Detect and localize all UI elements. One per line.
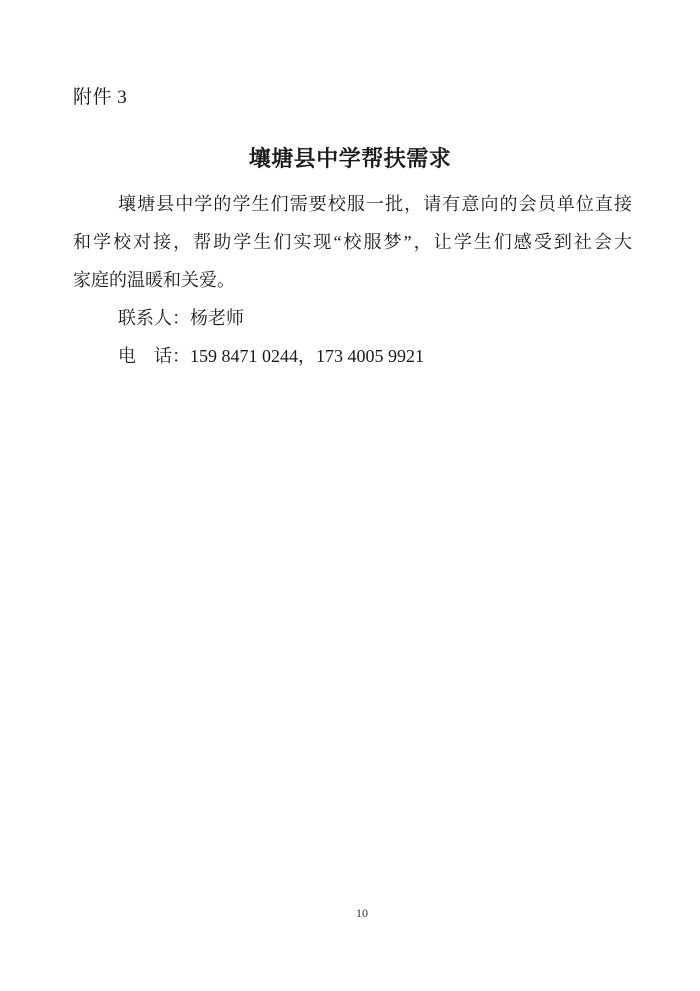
contact-person-line: 联系人：杨老师 <box>73 299 632 337</box>
body-line-1: 壤塘县中学的学生们需要校服一批，请有意向的会员单位直接 <box>73 185 632 223</box>
document-page: 附件 3 壤塘县中学帮扶需求 壤塘县中学的学生们需要校服一批，请有意向的会员单位… <box>0 0 700 991</box>
page-number: 10 <box>0 906 700 921</box>
attachment-label: 附件 3 <box>73 86 127 110</box>
body-line-2: 和学校对接，帮助学生们实现“校服梦”，让学生们感受到社会大 <box>73 223 632 261</box>
body-line-3: 家庭的温暖和关爱。 <box>73 261 632 299</box>
phone-line: 电 话：159 8471 0244，173 4005 9921 <box>73 337 632 375</box>
body-paragraph: 壤塘县中学的学生们需要校服一批，请有意向的会员单位直接 和学校对接，帮助学生们实… <box>73 185 632 375</box>
document-title: 壤塘县中学帮扶需求 <box>0 142 700 173</box>
